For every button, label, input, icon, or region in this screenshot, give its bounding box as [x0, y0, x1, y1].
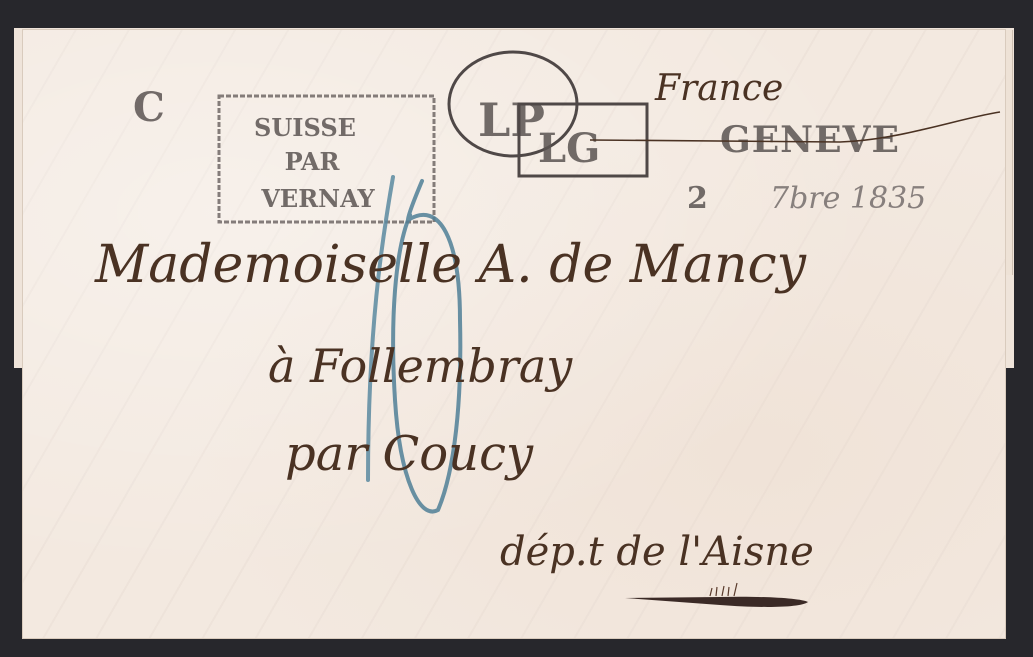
- document-viewer: C SUISSE PAR VERNAY LP LG GENEVE 2 7bre …: [0, 0, 1033, 657]
- geneve-town-postmark: GENEVE 2 7bre 1835: [687, 119, 926, 216]
- svg-text:LG: LG: [538, 125, 600, 172]
- letter-markings: C SUISSE PAR VERNAY LP LG GENEVE 2 7bre …: [0, 0, 1033, 657]
- svg-text:LP: LP: [478, 93, 545, 147]
- svg-text:PAR: PAR: [285, 147, 341, 176]
- entry-postmark-box: SUISSE PAR VERNAY: [219, 96, 434, 222]
- svg-text:C: C: [133, 84, 165, 131]
- ink-flourish: [625, 583, 808, 607]
- svg-text:France: France: [654, 68, 783, 109]
- corner-mark: C: [133, 84, 165, 131]
- svg-text:par Coucy: par Coucy: [285, 426, 534, 482]
- svg-text:7bre 1835: 7bre 1835: [770, 181, 926, 216]
- svg-text:2: 2: [687, 181, 708, 216]
- svg-text:VERNAY: VERNAY: [260, 184, 375, 213]
- address-block: Mademoiselle A. de Mancy à Follembray pa…: [94, 235, 814, 575]
- svg-text:dép.t de l'Aisne: dép.t de l'Aisne: [500, 529, 814, 575]
- svg-text:Mademoiselle A. de Mancy: Mademoiselle A. de Mancy: [94, 235, 807, 295]
- svg-text:à Follembray: à Follembray: [268, 339, 573, 393]
- svg-text:GENEVE: GENEVE: [720, 119, 900, 161]
- svg-text:SUISSE: SUISSE: [254, 113, 356, 142]
